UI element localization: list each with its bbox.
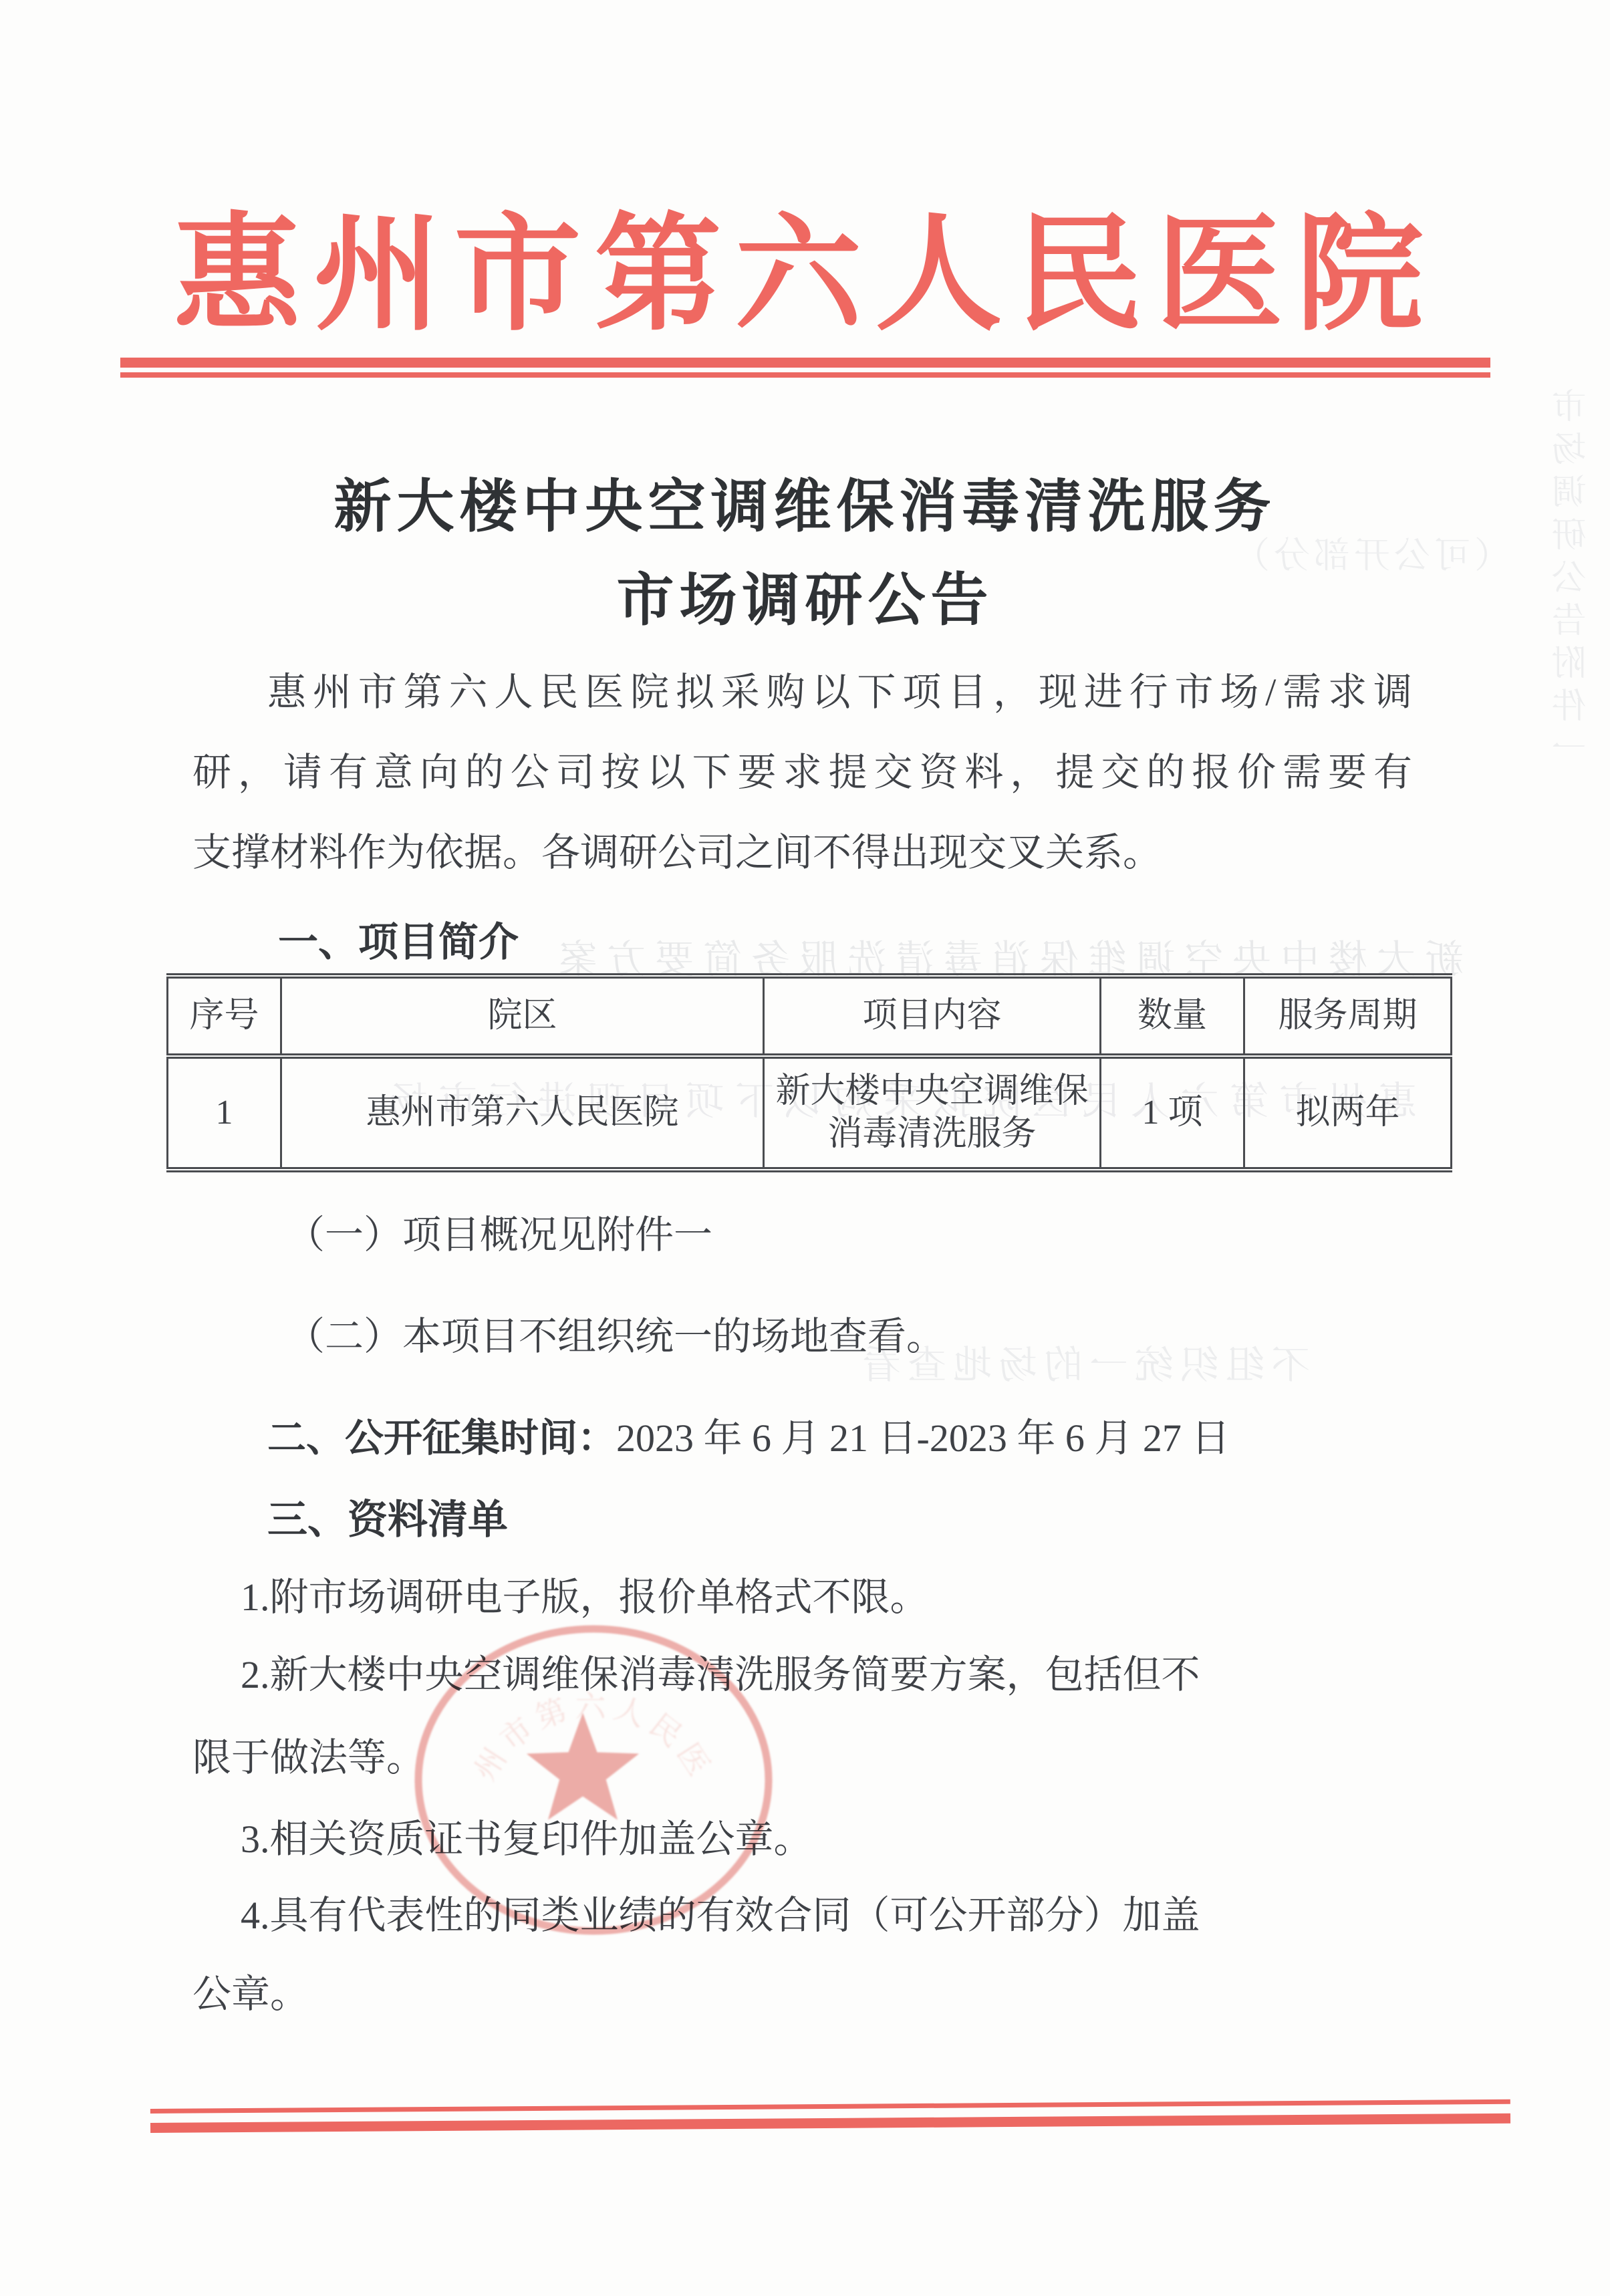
list-item-3: 3.相关资质证书复印件加盖公章。 [192, 1817, 1412, 1862]
scanned-document-page: 新大楼中央空调维保消毒清洗服务简要方案 惠州市第六人民医院拟采购以下项目现进行市… [0, 0, 1610, 2296]
section-heading-document-list: 三、资料清单 [192, 1497, 1412, 1543]
table-header-content: 项目内容 [764, 976, 1101, 1056]
footer-rule-thin [150, 2099, 1510, 2114]
cell-campus: 惠州市第六人民医院 [281, 1056, 764, 1170]
section-collection-period: 二、公开征集时间：2023 年 6 月 21 日-2023 年 6 月 27 日 [192, 1416, 1412, 1461]
footer-rule-thick [150, 2114, 1510, 2133]
letterhead-rule-thin [120, 372, 1490, 378]
section-collection-period-label: 二、公开征集时间： [267, 1416, 616, 1460]
cell-period: 拟两年 [1244, 1056, 1452, 1170]
cell-content-line-2: 消毒清洗服务 [765, 1113, 1099, 1156]
table-header-quantity: 数量 [1101, 976, 1244, 1056]
section-heading-project-overview: 一、项目简介 [192, 920, 1412, 965]
section-collection-period-value: 2023 年 6 月 21 日-2023 年 6 月 27 日 [616, 1416, 1230, 1460]
document-title-line-1: 新大楼中央空调维保消毒清洗服务 [0, 460, 1610, 543]
cell-seq: 1 [168, 1056, 281, 1170]
list-item-2-line-1: 2.新大楼中央空调维保消毒清洗服务简要方案，包括但不 [192, 1652, 1412, 1698]
document-title-line-2: 市场调研公告 [0, 553, 1610, 636]
cell-quantity: 1 项 [1101, 1056, 1244, 1170]
cell-content: 新大楼中央空调维保 消毒清洗服务 [764, 1056, 1101, 1170]
list-item-4-line-1: 4.具有代表性的同类业绩的有效合同（可公开部分）加盖 [192, 1893, 1412, 1938]
intro-paragraph-line-2: 研，请有意向的公司按以下要求提交资料，提交的报价需要有 [192, 750, 1412, 795]
cell-content-line-1: 新大楼中央空调维保 [765, 1070, 1099, 1113]
letterhead-rule-thick [120, 358, 1490, 368]
note-project-overview-attachment: （一）项目概况见附件一 [192, 1213, 1412, 1258]
list-item-2-line-2: 限于做法等。 [192, 1735, 1412, 1781]
note-no-site-visit: （二）本项目不组织统一的场地查看。 [192, 1314, 1412, 1360]
table-data-row: 1 惠州市第六人民医院 新大楼中央空调维保 消毒清洗服务 1 项 拟两年 [168, 1056, 1452, 1170]
project-table: 序号 院区 项目内容 数量 服务周期 1 惠州市第六人民医院 新大楼中央空调维保… [166, 973, 1452, 1172]
intro-paragraph-line-1: 惠州市第六人民医院拟采购以下项目，现进行市场/需求调 [192, 670, 1412, 715]
table-header-period: 服务周期 [1244, 976, 1452, 1056]
intro-paragraph-line-3: 支撑材料作为依据。各调研公司之间不得出现交叉关系。 [192, 830, 1412, 876]
table-header-seq: 序号 [168, 976, 281, 1056]
footer-rules [150, 2099, 1510, 2136]
list-item-4-line-2: 公章。 [192, 1972, 1412, 2017]
table-header-row: 序号 院区 项目内容 数量 服务周期 [168, 976, 1452, 1056]
list-item-1: 1.附市场调研电子版，报价单格式不限。 [192, 1575, 1412, 1620]
letterhead-hospital-name: 惠州市第六人民医院 [0, 172, 1610, 355]
table-header-campus: 院区 [281, 976, 764, 1056]
